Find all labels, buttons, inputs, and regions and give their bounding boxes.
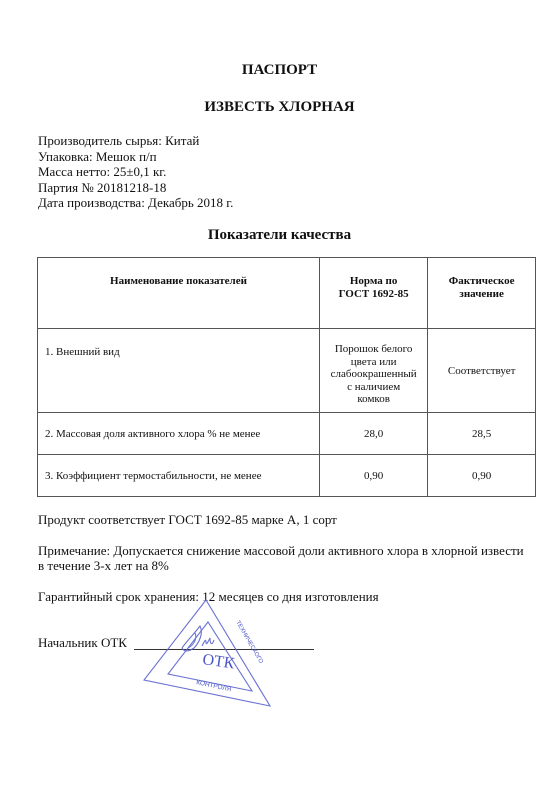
row-actual: 28,5 <box>428 413 536 455</box>
norm-line: Порошок белого <box>320 343 427 356</box>
stamp-triangle-icon: ОТК ТЕХНИЧЕСКОГО КОНТРОЛЯ <box>140 598 280 713</box>
quality-table: Наименование показателей Норма по ГОСТ 1… <box>37 257 536 497</box>
signature-label: Начальник ОТК <box>38 635 127 651</box>
product-info: Производитель сырья: Китай Упаковка: Меш… <box>38 133 233 211</box>
row-actual: Соответствует <box>428 329 536 413</box>
header-actual-line: Фактическое <box>428 275 535 288</box>
table-row: 3. Коэффициент термостабильности, не мен… <box>38 455 536 497</box>
norm-line: цвета или <box>320 356 427 369</box>
row-name: 3. Коэффициент термостабильности, не мен… <box>38 455 320 497</box>
section-title: Показатели качества <box>0 227 559 244</box>
row-norm: Порошок белого цвета или слабоокрашенный… <box>320 329 428 413</box>
table-row: 1. Внешний вид Порошок белого цвета или … <box>38 329 536 413</box>
row-actual: 0,90 <box>428 455 536 497</box>
header-indicator-name: Наименование показателей <box>38 258 320 329</box>
norm-line: комков <box>320 393 427 406</box>
note-line-1: Примечание: Допускается снижение массово… <box>38 543 524 559</box>
row-name: 1. Внешний вид <box>38 329 320 413</box>
stamp-center-text: ОТК <box>201 651 235 672</box>
table-header-row: Наименование показателей Норма по ГОСТ 1… <box>38 258 536 329</box>
conformity-statement: Продукт соответствует ГОСТ 1692-85 марке… <box>38 512 337 528</box>
header-actual: Фактическое значение <box>428 258 536 329</box>
norm-line: с наличием <box>320 381 427 394</box>
product-name: ИЗВЕСТЬ ХЛОРНАЯ <box>0 99 559 116</box>
header-norm: Норма по ГОСТ 1692-85 <box>320 258 428 329</box>
info-batch: Партия № 20181218-18 <box>38 180 233 196</box>
otk-stamp: ОТК ТЕХНИЧЕСКОГО КОНТРОЛЯ <box>140 598 280 718</box>
note-line-2: в течение 3-х лет на 8% <box>38 558 169 574</box>
norm-line: слабоокрашенный <box>320 368 427 381</box>
info-manufacturer: Производитель сырья: Китай <box>38 133 233 149</box>
header-actual-line: значение <box>428 288 535 301</box>
info-production-date: Дата производства: Декабрь 2018 г. <box>38 195 233 211</box>
row-norm: 28,0 <box>320 413 428 455</box>
stamp-side-text: ТЕХНИЧЕСКОГО <box>234 620 264 665</box>
info-net-weight: Масса нетто: 25±0,1 кг. <box>38 164 233 180</box>
header-norm-line: ГОСТ 1692-85 <box>320 288 427 301</box>
header-norm-line: Норма по <box>320 275 427 288</box>
info-packaging: Упаковка: Мешок п/п <box>38 149 233 165</box>
table-row: 2. Массовая доля активного хлора % не ме… <box>38 413 536 455</box>
document-title: ПАСПОРТ <box>0 62 559 79</box>
row-norm: 0,90 <box>320 455 428 497</box>
row-name: 2. Массовая доля активного хлора % не ме… <box>38 413 320 455</box>
